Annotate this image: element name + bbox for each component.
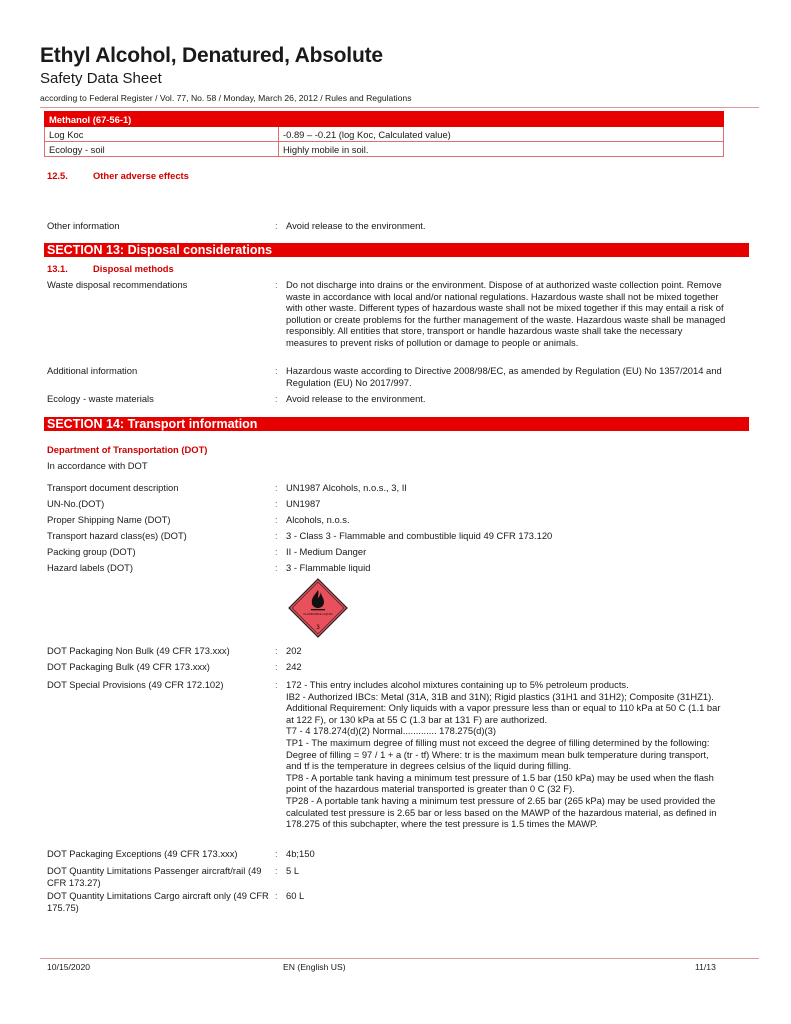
- field-label: Ecology - waste materials: [47, 393, 269, 405]
- subsection-number: 12.5.: [47, 170, 93, 181]
- field-label: Additional information: [47, 365, 269, 377]
- field-label: Packing group (DOT): [47, 546, 269, 558]
- field-value: 4b;150: [286, 848, 726, 860]
- field-label: DOT Quantity Limitations Passenger aircr…: [47, 865, 275, 888]
- field-label: DOT Packaging Exceptions (49 CFR 173.xxx…: [47, 848, 275, 860]
- methanol-table: Methanol (67-56-1) Log Koc -0.89 – -0.21…: [44, 111, 724, 157]
- field-value: II - Medium Danger: [286, 546, 726, 558]
- field-label: Transport hazard class(es) (DOT): [47, 530, 269, 542]
- field-colon: :: [275, 498, 278, 510]
- dot-field-row: Transport document description:UN1987 Al…: [47, 482, 727, 494]
- dot-field-row: Transport hazard class(es) (DOT):3 - Cla…: [47, 530, 727, 542]
- field-value: 3 - Class 3 - Flammable and combustible …: [286, 530, 726, 542]
- section-14-header: SECTION 14: Transport information: [44, 417, 749, 431]
- special-provision-line: TP1 - The maximum degree of filling must…: [286, 737, 726, 772]
- field-value: 172 - This entry includes alcohol mixtur…: [286, 679, 726, 830]
- footer-page-number: 11/13: [695, 962, 716, 972]
- section-13-header: SECTION 13: Disposal considerations: [44, 243, 749, 257]
- field-value: 60 L: [286, 890, 726, 902]
- field-label: Hazard labels (DOT): [47, 562, 269, 574]
- field-colon: :: [275, 514, 278, 526]
- table-row: Ecology - soil Highly mobile in soil.: [45, 142, 724, 157]
- field-value: Avoid release to the environment.: [286, 220, 726, 232]
- dot-field-row: Hazard labels (DOT):3 - Flammable liquid: [47, 562, 727, 574]
- dot-field-row: Proper Shipping Name (DOT):Alcohols, n.o…: [47, 514, 727, 526]
- table-row: Log Koc -0.89 – -0.21 (log Koc, Calculat…: [45, 127, 724, 142]
- footer-divider: [40, 958, 759, 959]
- table-cell-value: -0.89 – -0.21 (log Koc, Calculated value…: [279, 127, 724, 142]
- subsection-title: Other adverse effects: [93, 170, 189, 181]
- field-value: 5 L: [286, 865, 726, 877]
- pictogram-text: FLAMMABLE LIQUID: [303, 612, 333, 616]
- field-value: 202: [286, 645, 726, 657]
- dot-note: In accordance with DOT: [47, 460, 148, 471]
- regulation-line: according to Federal Register / Vol. 77,…: [40, 93, 412, 103]
- field-colon: :: [275, 530, 278, 542]
- special-provision-line: 172 - This entry includes alcohol mixtur…: [286, 679, 726, 691]
- field-value: 242: [286, 661, 726, 673]
- field-value: Avoid release to the environment.: [286, 393, 726, 405]
- subsection-13-1-heading: 13.1.Disposal methods: [47, 263, 174, 274]
- field-label: DOT Special Provisions (49 CFR 172.102): [47, 679, 269, 691]
- table-cell-label: Ecology - soil: [45, 142, 279, 157]
- field-colon: :: [275, 393, 278, 405]
- dot-heading: Department of Transportation (DOT): [47, 444, 207, 455]
- dot-field-row: DOT Packaging Non Bulk (49 CFR 173.xxx):…: [47, 645, 727, 657]
- field-colon: :: [275, 279, 278, 291]
- field-waste-disposal-recommendations: Waste disposal recommendations : Do not …: [47, 279, 727, 363]
- dot-field-row: DOT Quantity Limitations Passenger aircr…: [47, 865, 727, 889]
- field-colon: :: [275, 890, 278, 902]
- special-provision-line: IB2 - Authorized IBCs: Metal (31A, 31B a…: [286, 691, 726, 726]
- field-colon: :: [275, 220, 278, 232]
- document-title: Ethyl Alcohol, Denatured, Absolute: [40, 44, 383, 68]
- field-label: Transport document description: [47, 482, 269, 494]
- field-label: Waste disposal recommendations: [47, 279, 269, 291]
- subsection-12-5-heading: 12.5.Other adverse effects: [47, 170, 189, 181]
- field-value: Do not discharge into drains or the envi…: [286, 279, 726, 349]
- document-subtitle: Safety Data Sheet: [40, 70, 162, 87]
- flammable-liquid-diamond-icon: FLAMMABLE LIQUID 3: [288, 578, 348, 638]
- field-value: UN1987: [286, 498, 726, 510]
- subsection-number: 13.1.: [47, 263, 93, 274]
- special-provision-line: TP8 - A portable tank having a minimum t…: [286, 772, 726, 795]
- field-value: Alcohols, n.o.s.: [286, 514, 726, 526]
- field-label: UN-No.(DOT): [47, 498, 269, 510]
- field-value: Hazardous waste according to Directive 2…: [286, 365, 726, 388]
- field-colon: :: [275, 365, 278, 377]
- dot-field-row: Packing group (DOT):II - Medium Danger: [47, 546, 727, 558]
- special-provision-line: T7 - 4 178.274(d)(2) Normal.............…: [286, 725, 726, 737]
- dot-field-row: DOT Quantity Limitations Cargo aircraft …: [47, 890, 727, 914]
- field-value: UN1987 Alcohols, n.o.s., 3, II: [286, 482, 726, 494]
- footer-date: 10/15/2020: [47, 962, 90, 972]
- field-colon: :: [275, 848, 278, 860]
- field-label: Other information: [47, 220, 269, 232]
- field-colon: :: [275, 482, 278, 494]
- field-dot-special-provisions: DOT Special Provisions (49 CFR 172.102) …: [47, 679, 727, 847]
- field-colon: :: [275, 562, 278, 574]
- field-colon: :: [275, 679, 278, 691]
- table-cell-value: Highly mobile in soil.: [279, 142, 724, 157]
- methanol-table-heading: Methanol (67-56-1): [45, 112, 724, 127]
- field-label: DOT Packaging Bulk (49 CFR 173.xxx): [47, 661, 269, 673]
- field-label: DOT Packaging Non Bulk (49 CFR 173.xxx): [47, 645, 269, 657]
- field-colon: :: [275, 546, 278, 558]
- field-colon: :: [275, 865, 278, 877]
- field-label: Proper Shipping Name (DOT): [47, 514, 269, 526]
- special-provision-line: TP28 - A portable tank having a minimum …: [286, 795, 726, 830]
- table-cell-label: Log Koc: [45, 127, 279, 142]
- header-divider: [40, 107, 759, 108]
- field-label: DOT Quantity Limitations Cargo aircraft …: [47, 890, 275, 913]
- field-value: 3 - Flammable liquid: [286, 562, 726, 574]
- field-additional-information: Additional information : Hazardous waste…: [47, 365, 727, 389]
- subsection-title: Disposal methods: [93, 263, 174, 274]
- field-colon: :: [275, 661, 278, 673]
- field-other-information: Other information : Avoid release to the…: [47, 220, 727, 232]
- field-colon: :: [275, 645, 278, 657]
- footer-language: EN (English US): [283, 962, 346, 972]
- dot-field-row: UN-No.(DOT):UN1987: [47, 498, 727, 510]
- field-ecology-waste-materials: Ecology - waste materials : Avoid releas…: [47, 393, 727, 405]
- dot-field-row: DOT Packaging Bulk (49 CFR 173.xxx):242: [47, 661, 727, 673]
